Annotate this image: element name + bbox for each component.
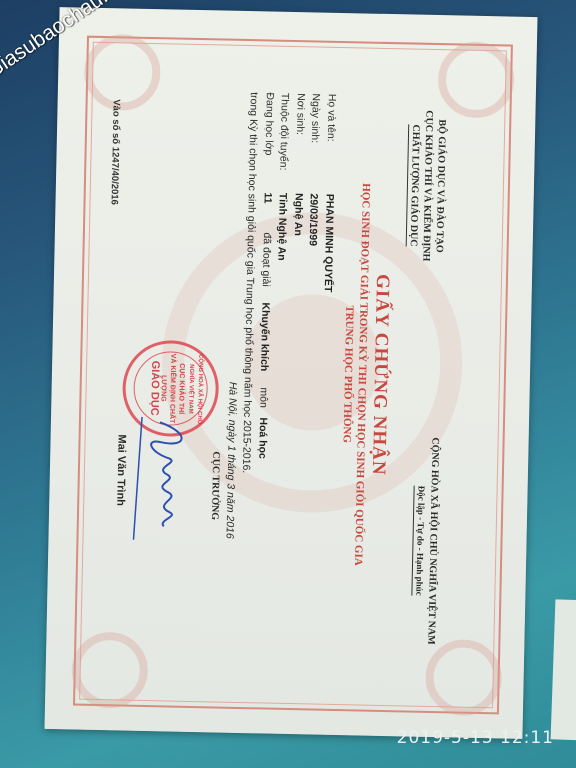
certificate-content: BỘ GIÁO DỤC VÀ ĐÀO TẠO CỤC KHẢO THÍ VÀ K…: [74, 39, 508, 708]
national-header: CỘNG HÒA XÃ HỘI CHỦ NGHĨA VIỆT NAM Độc l…: [410, 406, 443, 677]
certificate-fields: Họ và tên: PHAN MINH QUYẾT Ngày sinh: 29…: [238, 92, 339, 475]
field-value: PHAN MINH QUYẾT: [319, 194, 337, 293]
field-label: Nơi sinh:: [290, 93, 308, 193]
camera-timestamp: 2019-5-13 12:11: [397, 728, 554, 748]
field-label: Ngày sinh:: [306, 93, 324, 193]
national-motto: Độc lập - Tự do - Hạnh phúc: [411, 486, 427, 596]
field-value: Nghệ An: [289, 193, 305, 236]
signer-name: Mai Văn Trình: [114, 434, 127, 506]
subject-label: môn: [255, 387, 271, 417]
adjacent-paper: [551, 599, 576, 740]
certificate-title-block: GIẤY CHỨNG NHẬN HỌC SINH ĐOẠT GIẢI TRONG…: [334, 44, 398, 705]
prize-value: Khuyến khích: [255, 302, 272, 387]
subject-value: Hoá học: [254, 417, 270, 459]
award-text: đã đoạt giải: [257, 232, 274, 302]
field-value: Tỉnh Nghệ An: [273, 193, 290, 261]
field-value: 29/03/1999: [305, 193, 322, 246]
issuer-header: BỘ GIÁO DỤC VÀ ĐÀO TẠO CỤC KHẢO THÍ VÀ K…: [405, 75, 450, 296]
registration-number: Vào sổ số 1247/40/2016: [108, 99, 121, 205]
issuer-line3: CHẤT LƯỢNG GIÁO DỤC: [406, 124, 423, 246]
signer-title: CỤC TRƯỞNG: [209, 451, 221, 520]
issue-date: Hà Nội, ngày 1 tháng 3 năm 2016: [224, 382, 239, 539]
signature: [127, 412, 200, 543]
field-label: Họ và tên:: [321, 94, 339, 194]
field-label: Thuộc đội tuyển:: [275, 93, 293, 193]
grade-label: Đang học lớp: [259, 92, 277, 192]
grade-value: 11: [258, 192, 274, 232]
certificate: BỘ GIÁO DỤC VÀ ĐÀO TẠO CỤC KHẢO THÍ VÀ K…: [44, 7, 537, 739]
